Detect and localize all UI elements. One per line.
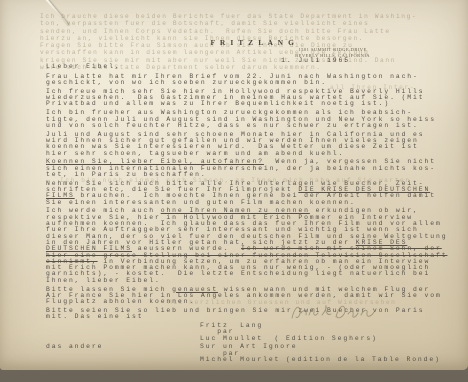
paragraph: Koennen Sie, lieber Eibel, autofahren? W… — [46, 159, 444, 178]
letter-page: Ich brauche diese beiden Berichte fuer d… — [0, 0, 468, 370]
typed-line: Ihnen, lieber Eibel. — [46, 278, 444, 284]
typed-line: und von solch feuchter Hitze, dass es nu… — [46, 123, 444, 129]
text-segment: mit. Das eine ist — [46, 313, 144, 320]
paragraphs: Frau Latte hat mir Ihren Brief vom 22. J… — [46, 74, 444, 321]
paragraph: Bitte lassen Sie mich genauest wissen wa… — [46, 287, 444, 306]
typed-line: Flugplatz abholen koennen. — [46, 299, 444, 305]
typed-line: tet, in Paris zu beschaffen. — [46, 172, 444, 178]
bleedthrough-line: verschaffen kann in diesem laengeren Art… — [40, 49, 446, 56]
text-segment: Ihnen, lieber Eibel. — [46, 277, 161, 284]
text-segment: hier sehr schoen, tagsueber warm und am … — [46, 150, 344, 157]
letterhead-address-line1: 1501 SUMMIT RIDGE DRIVE — [295, 47, 370, 53]
book-row: das andereSur un Art Ignore parMichel Mo… — [46, 344, 444, 363]
typed-line: hier sehr schoen, tagsueber warm und am … — [46, 151, 444, 157]
book-left-label: das andere — [46, 344, 200, 363]
typed-line: geschickt, von wo ich soeben zurueckgeko… — [46, 80, 444, 86]
letter-body: Lieber Eibel, Frau Latte hat mir Ihren B… — [46, 64, 444, 363]
bleedthrough-line: ton, verpassten fuer die Botschaft, dami… — [40, 20, 446, 27]
bleedthrough-line: senden, und Ihnen Corps Vedetach. Rufen … — [40, 28, 446, 35]
paragraph: Nehmen Sie sich auch bitte alle Ihre Unt… — [46, 181, 444, 206]
paragraph: Juli und August sind sehr schoene Monate… — [46, 132, 444, 157]
text-segment: Privatbad und allem was zu Ihrer Bequeml… — [46, 100, 390, 107]
letter-photo: Ich brauche diese beiden Berichte fuer d… — [0, 0, 468, 382]
paragraph: Ich bin frueher aus Washington zurueckge… — [46, 110, 444, 129]
text-segment: geschickt, von wo ich soeben zurueckgeko… — [46, 79, 327, 86]
text-segment: Flugplatz abholen koennen. — [46, 298, 195, 305]
text-segment: Sie einen interessanten und guten Film m… — [46, 199, 356, 206]
paragraph: Ich freue mich sehr Sie hier in Hollywoo… — [46, 89, 444, 108]
paragraph: Bitte seien Sie so lieb und bringen Sie … — [46, 308, 444, 321]
typed-line: Sie einen interessanten und guten Film m… — [46, 200, 444, 206]
bleedthrough-line: Ich brauche diese beiden Berichte fuer d… — [40, 13, 446, 20]
text-segment: tet, in Paris zu beschaffen. — [46, 171, 207, 178]
paragraph: Ich werde mich auch ohne Ihren Namen zu … — [46, 208, 444, 284]
book-list: Fritz Lang parLuc Moullet ( Edition Segh… — [46, 323, 444, 363]
letterhead-name: F R I T Z L A N G — [0, 38, 468, 47]
book-entry: Sur un Art Ignore parMichel Mourlet (edi… — [200, 344, 441, 363]
book-row: Fritz Lang parLuc Moullet ( Edition Segh… — [46, 323, 444, 342]
book-line: Michel Mourlet (edition de la Table Rond… — [200, 357, 441, 363]
handwritten-signature — [288, 302, 376, 326]
book-line: Luc Moullet ( Edition Seghers) — [200, 336, 378, 342]
paragraph: Frau Latte hat mir Ihren Brief vom 22. J… — [46, 74, 444, 87]
typed-line: mit. Das eine ist — [46, 314, 444, 320]
greeting: Lieber Eibel, — [46, 64, 444, 70]
text-segment: und von solch feuchter Hitze, dass es nu… — [46, 122, 419, 129]
typed-line: Privatbad und allem was zu Ihrer Bequeml… — [46, 101, 444, 107]
book-left-label — [46, 323, 200, 342]
